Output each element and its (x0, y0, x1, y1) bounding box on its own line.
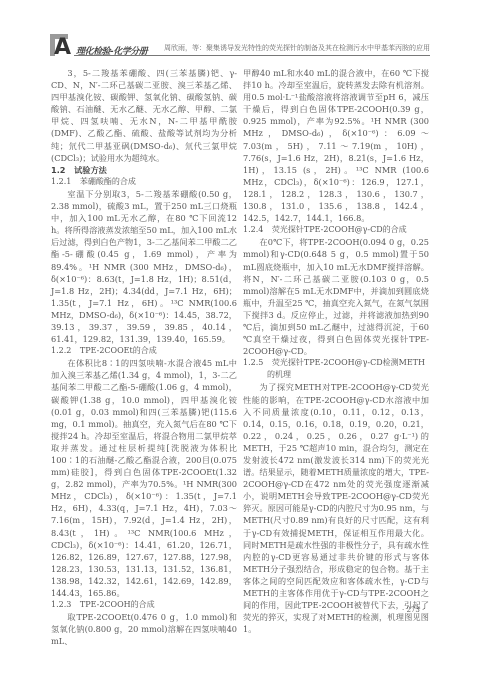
section-heading-1-2: 1.2 试验方法 (51, 164, 237, 176)
subsection-heading-1-2-2: 1.2.2 TPE-2COOEt的合成 (51, 345, 237, 357)
paragraph-1-2-4: 在0℃下，将TPE-2COOH(0.094 0 g，0.25 mmol)和γ-C… (243, 236, 429, 357)
subsection-number: 1.2.5 (243, 358, 263, 367)
subsection-number: 1.2.1 (51, 177, 71, 186)
logo-letter: A (54, 37, 71, 59)
journal-logo-icon: A (50, 34, 74, 60)
subsection-number: 1.2.3 (51, 600, 71, 609)
paragraph-1-2-5: 为了探究METH对TPE-2COOH@γ-CD荧光性能的影响，在TPE-2COO… (243, 381, 429, 635)
paragraph-1-2-3-start: 取TPE-2COOEt(0.476 0 g，1.0 mmol)和氢氧化钠(0.8… (51, 611, 237, 647)
subsection-number: 1.2.4 (243, 225, 263, 234)
subsection-number: 1.2.2 (51, 346, 71, 355)
subsection-heading-1-2-1: 1.2.1 苯硼酸酯的合成 (51, 176, 237, 188)
page-header: A 理化检验-化学分册 周欣雨，等：聚集诱导发光特性的荧光探针的制备及其在检测污… (50, 34, 430, 60)
paragraph-1-2-3-continued: 甲醇40 mL和水40 mL的混合液中，在60 ℃下搅拌10 h。冷却至室温后，… (243, 67, 429, 224)
subsection-title: 荧光探针TPE-2COOH@γ-CD的合成 (272, 225, 407, 234)
running-title: 周欣雨，等：聚集诱导发光特性的荧光探针的制备及其在检测污水中甲基苯丙胺的应用 (164, 43, 430, 53)
subsection-heading-1-2-5: 1.2.5 荧光探针TPE-2COOH@γ-CD检测METH 的机理 (243, 357, 429, 381)
page-number: · 273 · (402, 606, 424, 614)
subsection-heading-1-2-3: 1.2.3 TPE-2COOH的合成 (51, 599, 237, 611)
subsection-title: TPE-2COOH的合成 (80, 600, 155, 609)
header-rule (74, 55, 430, 56)
reagents-paragraph: 3，5-二羧基苯硼酸、四(三苯基膦)钯、γ-CD、N，N′-二环己基碳二亚胺、溴… (51, 67, 237, 164)
right-column: 甲醇40 mL和水40 mL的混合液中，在60 ℃下搅拌10 h。冷却至室温后，… (243, 67, 429, 635)
left-column: 3，5-二羧基苯硼酸、四(三苯基膦)钯、γ-CD、N，N′-二环己基碳二亚胺、溴… (51, 67, 237, 648)
subsection-title: 苯硼酸酯的合成 (80, 177, 136, 186)
section-number: 1.2 (51, 165, 66, 175)
paragraph-1-2-2: 在体积比8∶1的四氢呋喃-水混合液45 mL中加入溴三苯基乙烯(1.34 g，4… (51, 357, 237, 599)
subsection-title-line2: 的机理 (243, 369, 429, 381)
subsection-heading-1-2-4: 1.2.4 荧光探针TPE-2COOH@γ-CD的合成 (243, 224, 429, 236)
subsection-title-line1: 荧光探针TPE-2COOH@γ-CD检测METH (272, 358, 425, 367)
paragraph-1-2-1: 室温下分别取3，5-二羧基苯硼酸(0.50 g，2.38 mmol)，硫酸3 m… (51, 188, 237, 345)
section-title: 试验方法 (74, 165, 107, 175)
subsection-title: TPE-2COOEt的合成 (80, 346, 157, 355)
